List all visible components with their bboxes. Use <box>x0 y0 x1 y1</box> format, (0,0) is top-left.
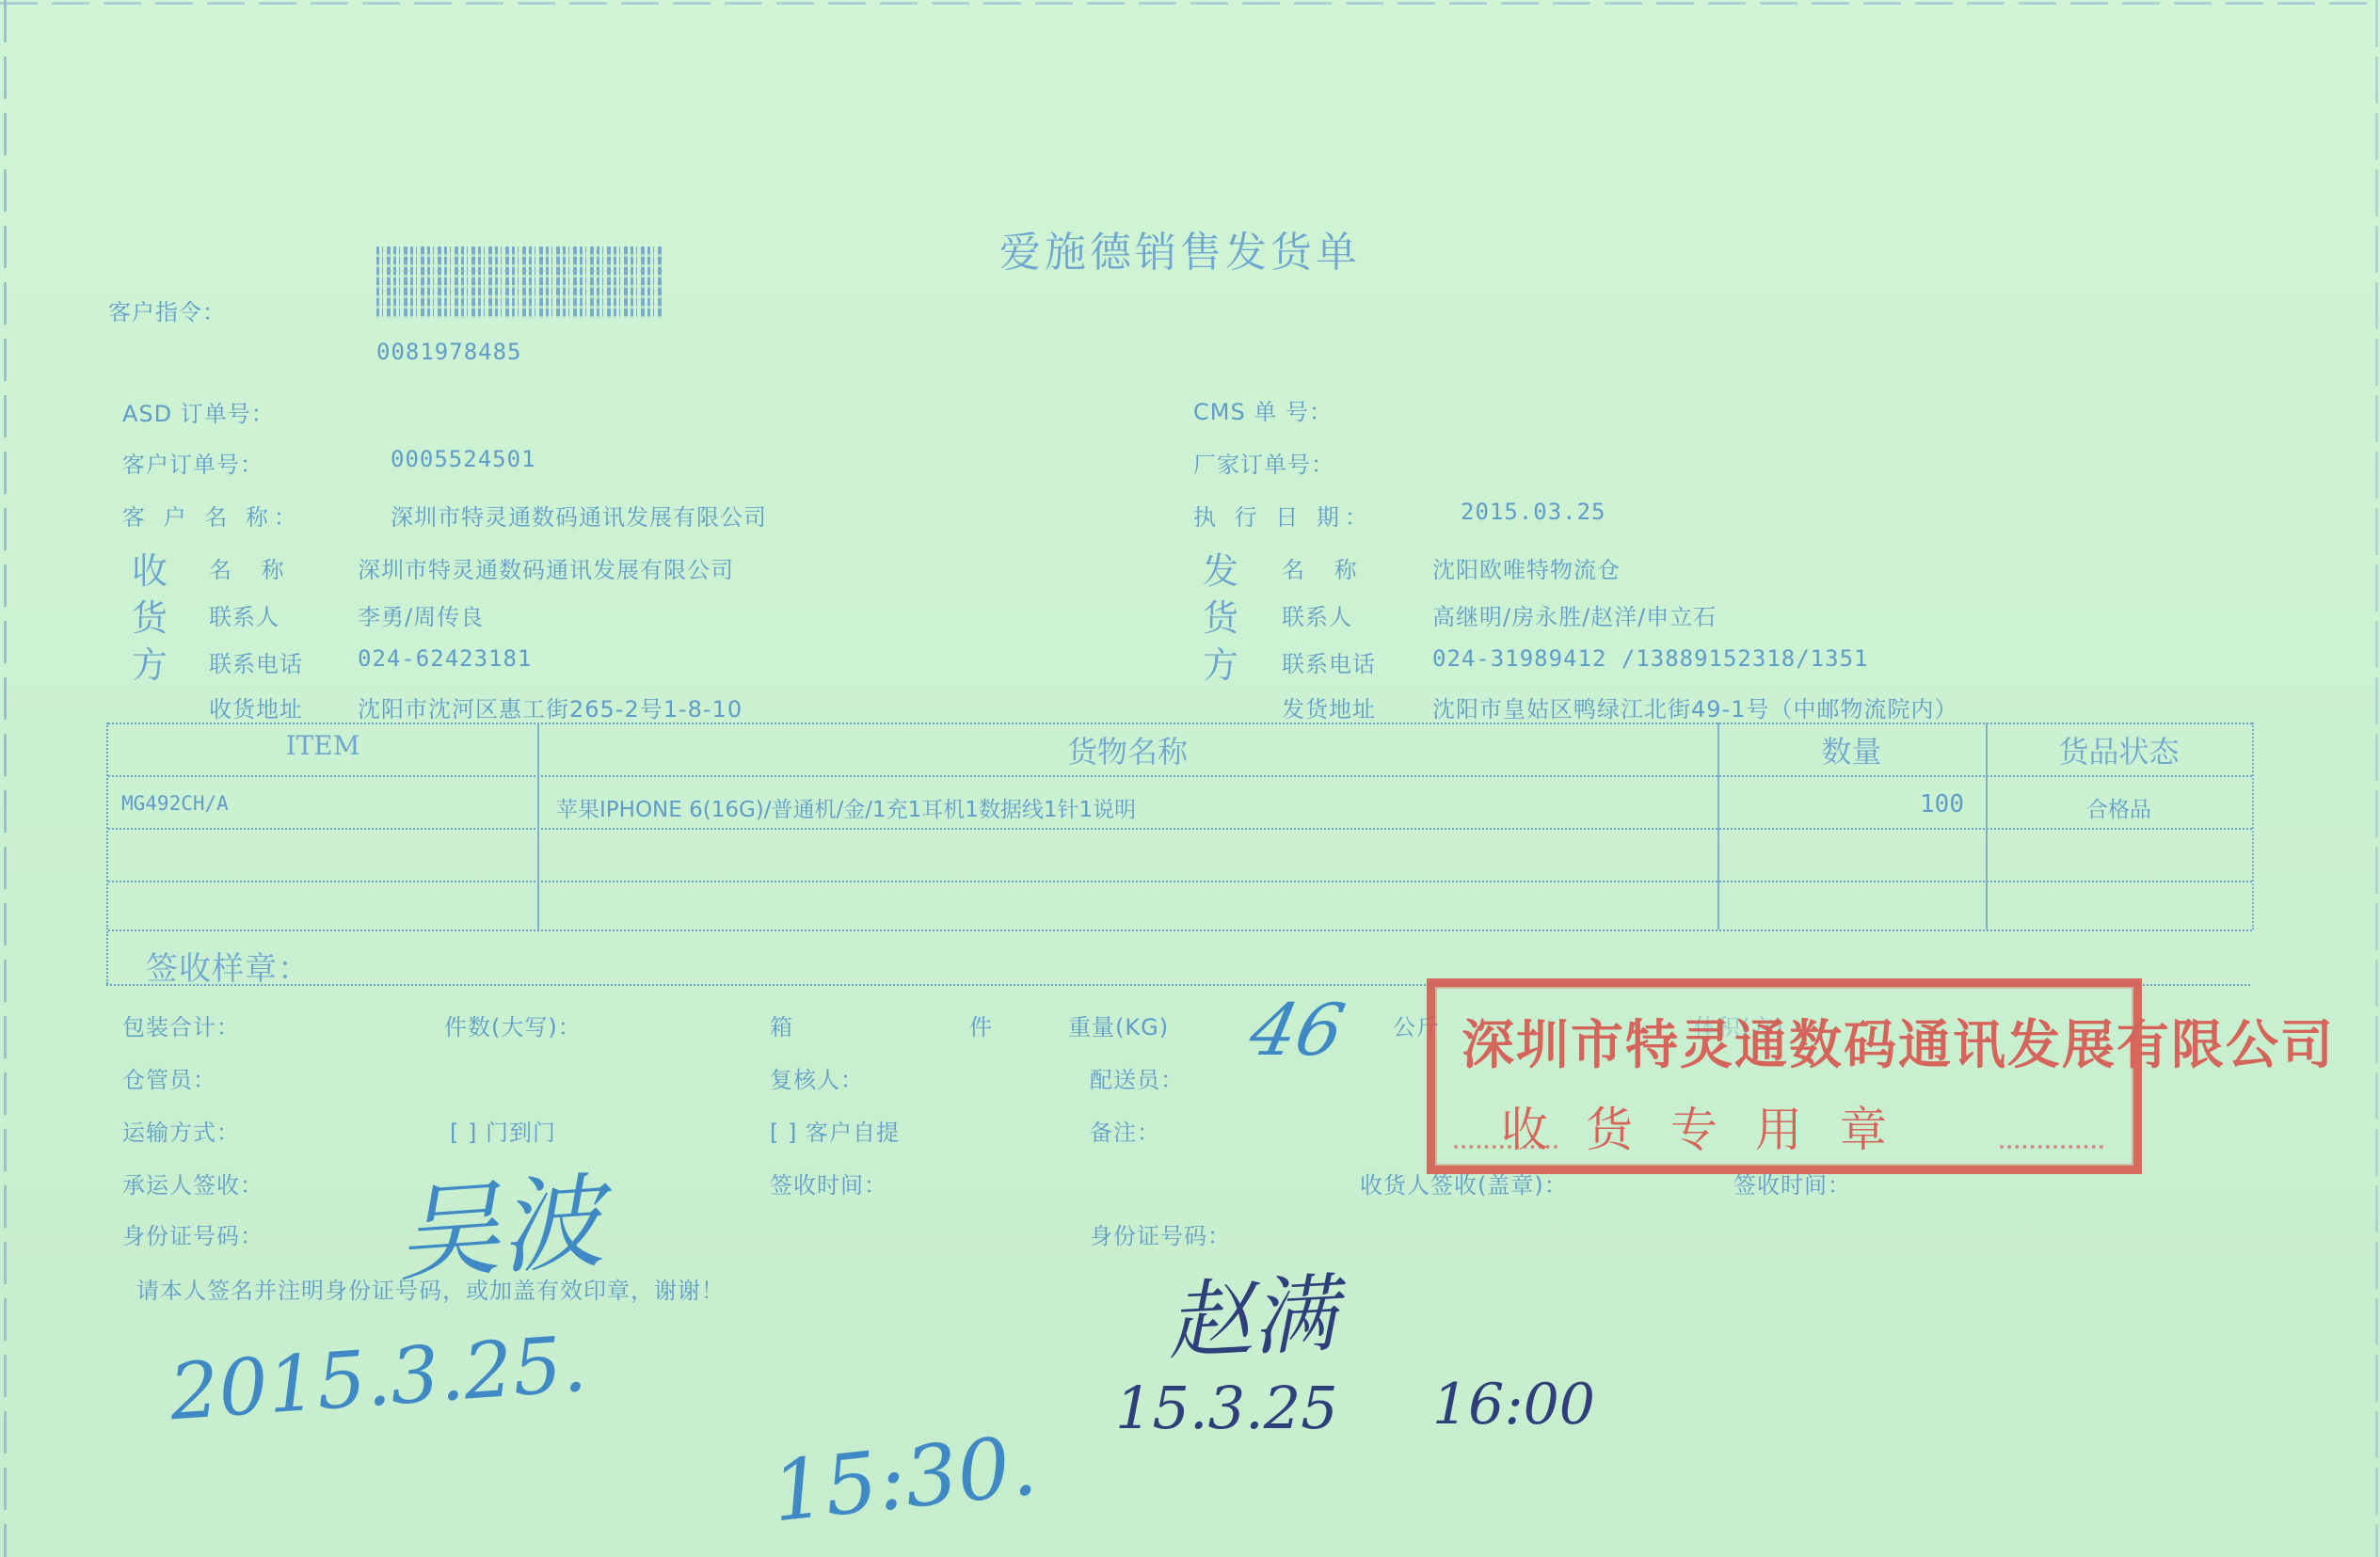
receiver-address-value: 沈阳市沈河区惠工街265-2号1-8-10 <box>358 691 743 723</box>
receiver-side-label-1: 收 <box>132 542 168 594</box>
perforation-left <box>4 0 7 1557</box>
execution-date-label: 执 行 日 期： <box>1193 499 1373 532</box>
table-header-item: ITEM <box>108 730 537 761</box>
table-header-goods-name: 货物名称 <box>537 728 1717 771</box>
receiver-contact-value: 李勇/周传良 <box>358 598 484 631</box>
stamp-company-name: 深圳市特灵通数码通讯发展有限公司 <box>1462 1004 2335 1079</box>
weight-label: 重量(KG) <box>1068 1009 1169 1041</box>
receiver-name-label: 名 称 <box>209 551 296 584</box>
shipper-contact-label: 联系人 <box>1282 598 1352 631</box>
package-total-label: 包装合计： <box>122 1009 240 1041</box>
self-pickup-checkbox[interactable]: [ ] 客户自提 <box>770 1114 900 1147</box>
sign-sample-label: 签收样章： <box>146 943 311 989</box>
receiver-address-label: 收货地址 <box>209 691 303 723</box>
cms-no-label: CMS 单 号： <box>1193 393 1333 426</box>
table-row-1-item: MG492CH/A <box>121 792 229 815</box>
transport-label: 运输方式： <box>122 1114 240 1147</box>
perforation-right <box>2375 0 2378 1557</box>
warehouse-keeper-label: 仓管员： <box>122 1061 216 1094</box>
handwritten-carrier-signature: 吴波 <box>391 1139 607 1302</box>
shipper-side-label-1: 发 <box>1203 542 1239 594</box>
receipt-stamp: 深圳市特灵通数码通讯发展有限公司 收货专用章 <box>1427 978 2142 1174</box>
receiver-phone-label: 联系电话 <box>209 645 303 678</box>
remarks-label: 备注： <box>1090 1114 1160 1147</box>
reviewer-label: 复核人： <box>770 1061 864 1094</box>
carrier-sign-label: 承运人签收： <box>122 1167 264 1200</box>
handwritten-consignee-signature: 赵满 <box>1164 1245 1340 1375</box>
shipper-address-label: 发货地址 <box>1282 691 1376 723</box>
table-row-1-status: 合格品 <box>1986 792 2252 823</box>
stamp-decoration-right <box>2000 1107 2103 1149</box>
receiver-side-label-2: 货 <box>132 589 168 641</box>
receiver-name-value: 深圳市特灵通数码通讯发展有限公司 <box>358 551 734 584</box>
handwritten-consignee-date: 15.3.25 <box>1115 1374 1338 1442</box>
sign-time-label: 签收时间： <box>770 1167 887 1200</box>
shipper-address-value: 沈阳市皇姑区鸭绿江北街49-1号（中邮物流院内） <box>1432 691 1957 723</box>
shipper-phone-value: 024-31989412 /13889152318/1351 <box>1432 645 1868 672</box>
receiver-contact-label: 联系人 <box>209 598 280 631</box>
customer-instruction-value: 0081978485 <box>376 339 522 365</box>
table-row-1-goods-name: 苹果IPHONE 6(16G)/普通机/金/1充1耳机1数据线1针1说明 <box>556 792 1136 823</box>
stamp-purpose: 收货专用章 <box>1501 1092 1925 1160</box>
customer-instruction-label: 客户指令： <box>108 294 226 326</box>
shipper-contact-value: 高继明/房永胜/赵洋/申立石 <box>1432 598 1717 631</box>
shipper-name-label: 名 称 <box>1282 551 1368 584</box>
table-header-quantity: 数量 <box>1717 728 1986 771</box>
customer-name-label: 客 户 名 称： <box>122 499 302 532</box>
box-label: 箱 <box>770 1009 793 1041</box>
handwritten-carrier-time: 15:30. <box>767 1417 1041 1541</box>
manufacturer-order-label: 厂家订单号： <box>1193 446 1334 479</box>
handwritten-weight: 46 <box>1243 988 1352 1072</box>
handwritten-consignee-time: 16:00 <box>1432 1372 1595 1438</box>
customer-order-value: 0005524501 <box>391 446 536 472</box>
receiver-phone-value: 024-62423181 <box>358 645 532 672</box>
execution-date-value: 2015.03.25 <box>1461 499 1606 525</box>
receiver-side-label-3: 方 <box>132 636 168 688</box>
pieces-upper-label: 件数(大写)： <box>444 1009 582 1041</box>
document-title: 爱施德销售发货单 <box>999 218 1361 278</box>
piece-label: 件 <box>969 1009 993 1041</box>
table-header-status: 货品状态 <box>1986 728 2252 771</box>
barcode-icon <box>376 246 663 318</box>
customer-order-label: 客户订单号： <box>122 446 264 479</box>
handwritten-carrier-date: 2015.3.25. <box>167 1320 589 1438</box>
perforation-top <box>0 2 2380 5</box>
shipper-side-label-3: 方 <box>1203 636 1239 688</box>
sign-sample-border <box>106 931 108 984</box>
shipper-side-label-2: 货 <box>1203 589 1239 641</box>
consignee-id-no-label: 身份证号码： <box>1090 1217 1231 1250</box>
customer-name-value: 深圳市特灵通数码通讯发展有限公司 <box>391 499 767 532</box>
goods-table: ITEM 货物名称 数量 货品状态 MG492CH/A 苹果IPHONE 6(1… <box>106 723 2252 929</box>
table-row-1-quantity: 100 <box>1717 790 1964 818</box>
asd-order-label: ASD 订单号： <box>122 395 275 428</box>
shipper-phone-label: 联系电话 <box>1282 645 1376 678</box>
dispatcher-label: 配送员： <box>1090 1061 1184 1094</box>
delivery-note-paper: 爱施德销售发货单 客户指令： 0081978485 ASD 订单号： 客户订单号… <box>0 0 2380 1557</box>
carrier-id-no-label: 身份证号码： <box>122 1217 264 1250</box>
shipper-name-value: 沈阳欧唯特物流仓 <box>1432 551 1621 584</box>
